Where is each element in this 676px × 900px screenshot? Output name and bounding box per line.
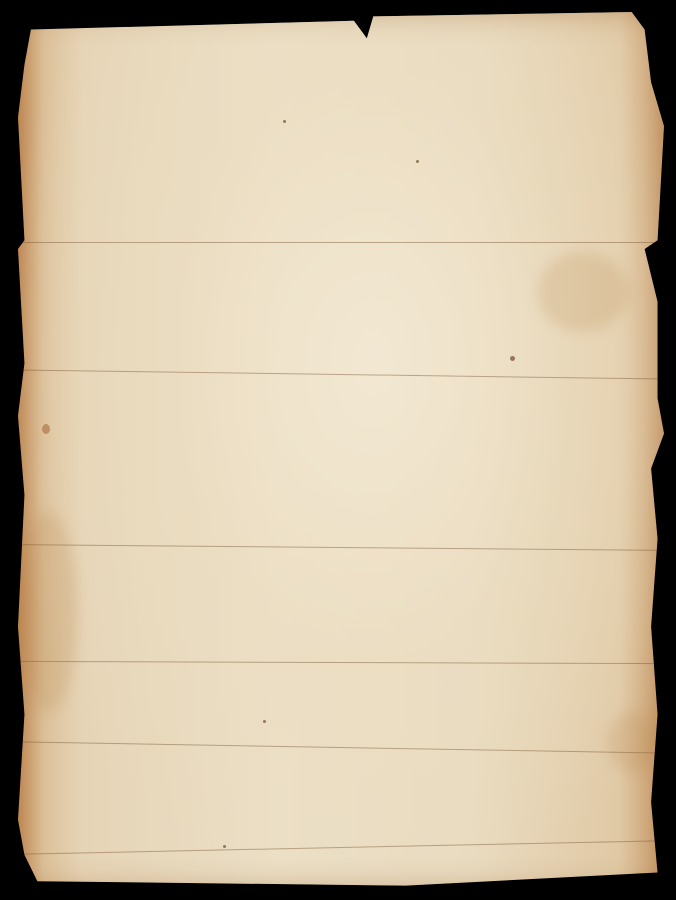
ink-spot <box>223 845 226 848</box>
fold-crease <box>18 369 664 379</box>
fold-crease <box>18 242 664 243</box>
age-stain <box>608 712 658 772</box>
fold-crease <box>18 840 664 855</box>
fold-crease <box>18 741 664 753</box>
age-stain <box>538 252 628 332</box>
fold-crease <box>18 544 664 551</box>
ink-spot <box>283 120 286 123</box>
ink-spot <box>263 720 266 723</box>
age-stain <box>18 512 78 712</box>
ink-spot <box>42 424 50 434</box>
ink-spot <box>510 356 515 361</box>
aged-paper-sheet <box>18 12 664 890</box>
fold-crease <box>18 661 664 664</box>
ink-spot <box>416 160 419 163</box>
